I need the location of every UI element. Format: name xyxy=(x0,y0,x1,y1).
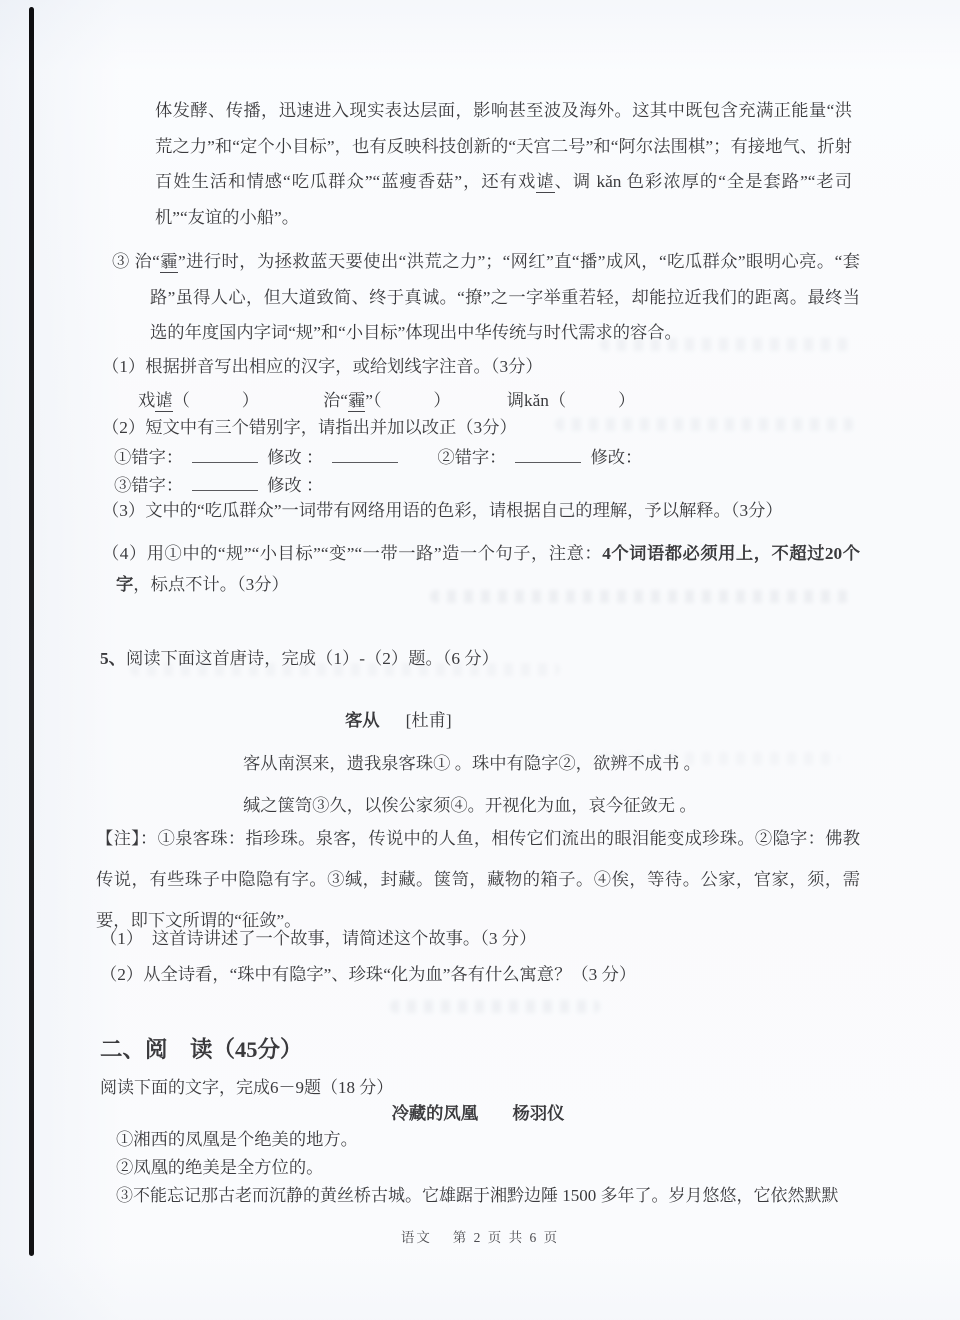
wrong-char-label: ②错字： xyxy=(437,448,506,467)
wrong-char-label: ①错字： xyxy=(114,448,183,467)
question-text: （4）用①中的“规”“小目标”“变”“一带一路”造一个句子，注意： xyxy=(102,544,602,563)
wrong-char-label: ③错字： xyxy=(114,476,183,495)
poem-line-2: 缄之箧笥③久，以俟公家须④。开视化为血，哀今征敛无 。 xyxy=(243,791,697,820)
question-text: ，标点不计。（3分） xyxy=(133,575,289,594)
poem-title: 客从 xyxy=(345,711,380,730)
ghost-text-artifact xyxy=(600,338,850,351)
pinyin-item-3: 调kǎn（ ） xyxy=(507,386,636,415)
pinyin-item-text: （ ） xyxy=(173,391,259,410)
scan-edge-artifact xyxy=(29,7,34,1256)
essay-paragraph-2: ②凤凰的绝美是全方位的。 xyxy=(116,1153,323,1182)
question-3: （3）文中的“吃瓜群众”一词带有网络用语的色彩，请根据自己的理解，予以解释。（3… xyxy=(102,496,783,525)
question-1-items: 戏谑（ ） 治“霾”（ ） 调kǎn（ ） xyxy=(138,386,635,415)
passage-text: ”进行时，为拯救蓝天要使出“洪荒之力”；“网红”直“播”成风，“吃瓜群众”眼明心… xyxy=(150,252,860,342)
poem-author: [杜甫] xyxy=(406,711,452,730)
ghost-text-artifact xyxy=(390,1000,600,1013)
essay-title: 冷藏的凤凰 杨羽仪 xyxy=(100,1099,856,1128)
question-5-sub-2: （2）从全诗看，“珠中有隐字”、珍珠“化为血”各有什么寓意？（3 分） xyxy=(100,960,636,989)
pinyin-item-text: 戏 xyxy=(138,391,155,410)
question-number: 5、 xyxy=(100,649,126,668)
essay-paragraph-1: ①湘西的凤凰是个绝美的地方。 xyxy=(116,1125,358,1154)
passage-text: ③ 治“ xyxy=(112,252,160,271)
poem-title-row: 客从[杜甫] xyxy=(345,706,452,735)
section-2-instruction: 阅读下面的文字，完成6－9题（18 分） xyxy=(100,1073,393,1102)
underlined-char: 霾 xyxy=(160,252,178,273)
underlined-char: 谑 xyxy=(155,391,172,412)
question-5-sub-1: （1） 这首诗讲述了一个故事，请简述这个故事。（3 分） xyxy=(100,924,536,953)
pinyin-item-text: 治“ xyxy=(323,391,348,410)
ghost-text-artifact xyxy=(555,418,855,431)
correction-label: 修改： xyxy=(590,448,642,467)
ghost-text-artifact xyxy=(130,663,560,676)
question-1: （1）根据拼音写出相应的汉字，或给划线字注音。（3分） xyxy=(102,352,543,381)
correction-label: 修改 ： xyxy=(267,476,323,495)
underlined-char: 谑 xyxy=(536,172,554,193)
question-2: （2）短文中有三个错别字，请指出并加以改正（3分） xyxy=(102,413,517,442)
ghost-text-artifact xyxy=(600,752,840,765)
pinyin-item-2: 治“霾”（ ） xyxy=(323,386,451,415)
passage-paragraph-1: 体发酵、传播，迅速进入现实表达层面，影响甚至波及海外。这其中既包含充满正能量“洪… xyxy=(155,93,852,235)
answer-blank xyxy=(192,448,258,463)
essay-paragraph-3: ③不能忘记那古老而沉静的黄丝桥古城。它雄踞于湘黔边陲 1500 多年了。岁月悠悠… xyxy=(116,1181,839,1210)
answer-blank xyxy=(332,448,398,463)
pinyin-item-text: ”（ ） xyxy=(365,391,450,410)
section-2-heading: 二、阅 读（45分） xyxy=(100,1035,303,1064)
ghost-text-artifact xyxy=(430,590,850,603)
question-2-row-1: ①错字：修改 ：②错字：修改： xyxy=(114,443,642,472)
answer-blank xyxy=(515,448,581,463)
page-footer: 语文 第 2 页 共 6 页 xyxy=(0,1223,960,1252)
poem-notes: 【注】：①泉客珠：指珍珠。泉客，传说中的人鱼，相传它们流出的眼泪能变成珍珠。②隐… xyxy=(96,818,860,941)
underlined-char: 霾 xyxy=(348,391,365,412)
scan-shading-bottom xyxy=(0,1255,960,1320)
correction-label: 修改 ： xyxy=(267,448,323,467)
scan-shading-top xyxy=(0,0,960,70)
pinyin-item-1: 戏谑（ ） xyxy=(138,386,259,415)
answer-blank xyxy=(192,476,258,491)
passage-paragraph-3: ③ 治“霾”进行时，为拯救蓝天要使出“洪荒之力”；“网红”直“播”成风，“吃瓜群… xyxy=(112,244,860,351)
